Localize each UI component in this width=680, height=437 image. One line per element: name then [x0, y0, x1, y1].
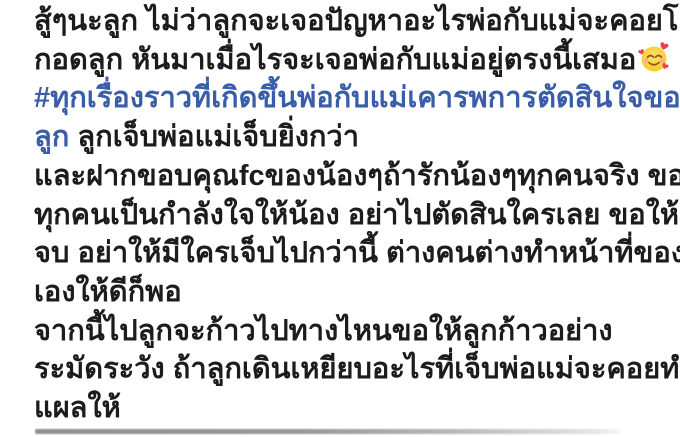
- text-line: ลูก ลูกเจ็บพ่อแม่เจ็บยิ่งกว่า: [34, 118, 672, 157]
- text-line: กอดลูก หันมาเมื่อไรจะเจอพ่อกับแม่อยู่ตรง…: [34, 41, 672, 80]
- text-line: ทุกคนเป็นกำลังใจให้น้อง อย่าไปตัดสินใครเ…: [34, 196, 672, 235]
- text-line: #ทุกเรื่องราวที่เกิดขึ้นพ่อกับแม่เคารพกา…: [34, 79, 672, 118]
- text-line: เองให้ดีก็พอ: [34, 273, 672, 312]
- text-line: จบ อย่าให้มีใครเจ็บไปกว่านี้ ต่างคนต่างท…: [34, 234, 672, 273]
- text-line: แผลให้: [34, 389, 672, 428]
- post-text-run: จากนี้ไปลูกจะก้าวไปทางไหนขอให้ลูกก้าวอย่…: [34, 315, 613, 347]
- hashtag-link[interactable]: #ทุกเรื่องราวที่เกิดขึ้นพ่อกับแม่เคารพกา…: [34, 82, 680, 114]
- post-text-run: ทุกคนเป็นกำลังใจให้น้อง อย่าไปตัดสินใครเ…: [34, 199, 680, 231]
- smiling-face-with-hearts-emoji: [638, 42, 670, 74]
- hashtag-link[interactable]: ลูก: [34, 121, 69, 153]
- text-line: ระมัดระวัง ถ้าลูกเดินเหยียบอะไรที่เจ็บพ่…: [34, 350, 672, 389]
- post-text-run: ลูกเจ็บพ่อแม่เจ็บยิ่งกว่า: [69, 121, 359, 153]
- post-text-run: ระมัดระวัง ถ้าลูกเดินเหยียบอะไรที่เจ็บพ่…: [34, 353, 680, 385]
- post-screenshot: สู้ๆนะลูก ไม่ว่าลูกจะเจอปัญหาอะไรพ่อกับแ…: [0, 0, 680, 437]
- post-text-run: เองให้ดีก็พอ: [34, 276, 182, 308]
- post-text-run: แผลให้: [34, 392, 121, 424]
- text-line: สู้ๆนะลูก ไม่ว่าลูกจะเจอปัญหาอะไรพ่อกับแ…: [34, 2, 672, 41]
- post-text-run: จบ อย่าให้มีใครเจ็บไปกว่านี้ ต่างคนต่างท…: [34, 237, 680, 269]
- cutoff-next-line-strip: [35, 429, 620, 434]
- post-text-block: สู้ๆนะลูก ไม่ว่าลูกจะเจอปัญหาอะไรพ่อกับแ…: [34, 2, 672, 428]
- post-text-run: สู้ๆนะลูก ไม่ว่าลูกจะเจอปัญหาอะไรพ่อกับแ…: [34, 5, 680, 37]
- text-line: และฝากขอบคุณfcของน้องๆถ้ารักน้องๆทุกคนจร…: [34, 157, 672, 196]
- post-text-run: กอดลูก หันมาเมื่อไรจะเจอพ่อกับแม่อยู่ตรง…: [34, 44, 636, 76]
- post-text-run: และฝากขอบคุณfcของน้องๆถ้ารักน้องๆทุกคนจร…: [34, 160, 680, 192]
- text-line: จากนี้ไปลูกจะก้าวไปทางไหนขอให้ลูกก้าวอย่…: [34, 312, 672, 351]
